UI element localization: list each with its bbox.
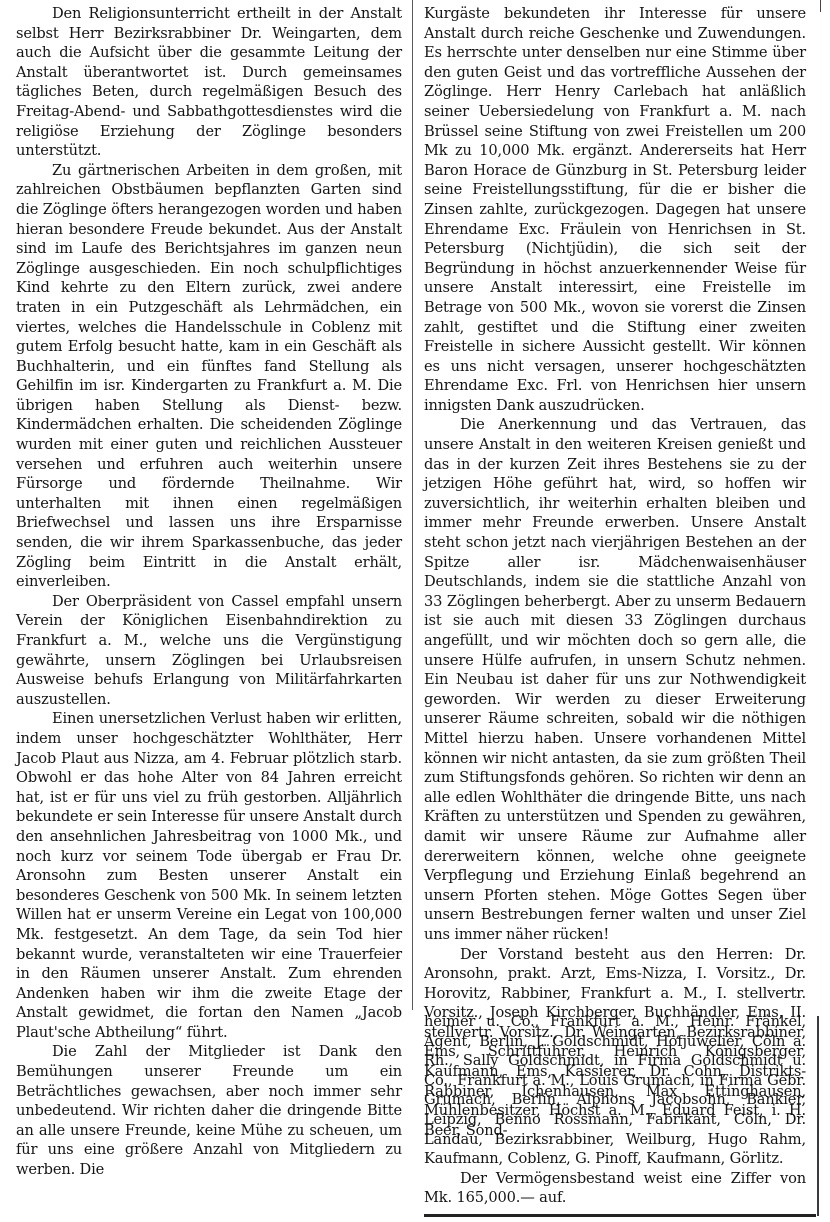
top-right-edge-mark xyxy=(820,0,821,12)
paragraph-membership-appeal: Die Zahl der Mitglieder ist Dank den Bem… xyxy=(16,1042,402,1179)
paragraph-garden-and-departures: Zu gärtnerischen Arbeiten in dem großen,… xyxy=(16,161,402,592)
paragraph-assets-total: Der Vermögensbestand weist eine Ziffer v… xyxy=(424,1169,806,1208)
right-column: Kurgäste bekundeten ihr Interesse für un… xyxy=(424,4,806,1140)
bottom-rule-line xyxy=(424,1214,816,1217)
paragraph-donations-and-foundations: Kurgäste bekundeten ihr Interesse für un… xyxy=(424,4,806,415)
newspaper-page: Den Religionsunterricht ertheilt in der … xyxy=(0,0,830,1222)
paragraph-jacob-plaut-obituary: Einen unersetzlichen Verlust haben wir e… xyxy=(16,709,402,1042)
bottom-right-block: heimer u. Co., Frankfurt a. M., Heinr. F… xyxy=(424,1012,806,1208)
paragraph-railway-passes: Der Oberpräsident von Cassel empfahl uns… xyxy=(16,592,402,710)
paragraph-expansion-appeal: Die Anerkennung und das Vertrauen, das u… xyxy=(424,415,806,944)
left-column: Den Religionsunterricht ertheilt in der … xyxy=(16,4,402,1180)
paragraph-board-members-continued: heimer u. Co., Frankfurt a. M., Heinr. F… xyxy=(424,1012,806,1169)
column-divider xyxy=(412,0,413,1010)
paragraph-religious-instruction: Den Religionsunterricht ertheilt in der … xyxy=(16,4,402,161)
block-right-border xyxy=(817,1016,819,1216)
